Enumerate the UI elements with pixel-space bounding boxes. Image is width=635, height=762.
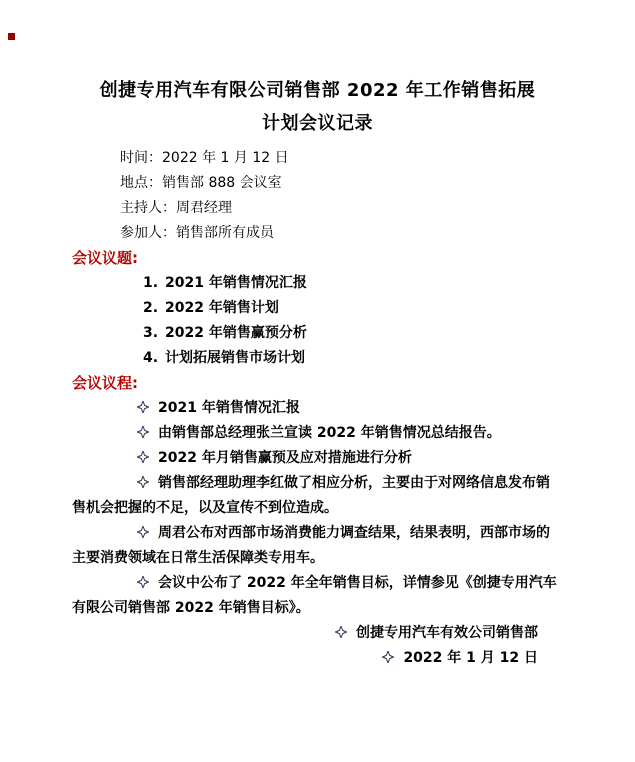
meeting-time: 时间：2022 年 1 月 12 日 bbox=[120, 146, 563, 171]
diamond-bullet-icon bbox=[382, 651, 394, 663]
agenda-item: 2021 年销售情况汇报 bbox=[72, 396, 563, 421]
signature-company: 创捷专用汽车有效公司销售部 bbox=[356, 625, 538, 641]
meeting-place: 地点：销售部 888 会议室 bbox=[120, 171, 563, 196]
title-line-2: 计划会议记录 bbox=[72, 107, 563, 140]
agenda-text: 由销售部总经理张兰宣读 2022 年销售情况总结报告。 bbox=[158, 425, 501, 441]
agenda-item: 销售部经理助理李红做了相应分析，主要由于对网络信息发布销售机会把握的不足，以及宣… bbox=[72, 471, 563, 521]
meeting-host: 主持人：周君经理 bbox=[120, 196, 563, 221]
meeting-attendees: 参加人：销售部所有成员 bbox=[120, 221, 563, 246]
diamond-bullet-icon bbox=[137, 526, 149, 538]
signature-date-line: 2022 年 1 月 12 日 bbox=[72, 646, 563, 671]
topic-text: 计划拓展销售市场计划 bbox=[165, 350, 305, 366]
agenda-text: 2021 年销售情况汇报 bbox=[158, 400, 300, 416]
topic-number: 3. bbox=[143, 321, 165, 346]
agenda-item: 2022 年月销售赢预及应对措施进行分析 bbox=[72, 446, 563, 471]
topic-number: 2. bbox=[143, 296, 165, 321]
topic-text: 2021 年销售情况汇报 bbox=[165, 275, 307, 291]
signature-date: 2022 年 1 月 12 日 bbox=[403, 650, 538, 666]
agenda-heading: 会议议程: bbox=[72, 371, 563, 396]
meeting-info: 时间：2022 年 1 月 12 日 地点：销售部 888 会议室 主持人：周君… bbox=[72, 146, 563, 246]
diamond-bullet-icon bbox=[137, 451, 149, 463]
agenda-item: 由销售部总经理张兰宣读 2022 年销售情况总结报告。 bbox=[72, 421, 563, 446]
topic-item: 2.2022 年销售计划 bbox=[72, 296, 563, 321]
topic-number: 1. bbox=[143, 271, 165, 296]
diamond-bullet-icon bbox=[137, 401, 149, 413]
agenda-item: 周君公布对西部市场消费能力调查结果，结果表明，西部市场的主要消费领域在日常生活保… bbox=[72, 521, 563, 571]
topic-number: 4. bbox=[143, 346, 165, 371]
document-page: 创捷专用汽车有限公司销售部 2022 年工作销售拓展 计划会议记录 时间：202… bbox=[0, 0, 635, 762]
diamond-bullet-icon bbox=[137, 426, 149, 438]
topic-item: 4.计划拓展销售市场计划 bbox=[72, 346, 563, 371]
diamond-bullet-icon bbox=[137, 576, 149, 588]
agenda-text: 2022 年月销售赢预及应对措施进行分析 bbox=[158, 450, 412, 466]
topic-text: 2022 年销售计划 bbox=[165, 300, 279, 316]
topic-item: 1.2021 年销售情况汇报 bbox=[72, 271, 563, 296]
diamond-bullet-icon bbox=[335, 626, 347, 638]
title-line-1: 创捷专用汽车有限公司销售部 2022 年工作销售拓展 bbox=[72, 74, 563, 107]
topic-text: 2022 年销售赢预分析 bbox=[165, 325, 307, 341]
topic-item: 3.2022 年销售赢预分析 bbox=[72, 321, 563, 346]
topics-heading: 会议议题: bbox=[72, 246, 563, 271]
red-square-marker bbox=[8, 33, 15, 40]
document-title: 创捷专用汽车有限公司销售部 2022 年工作销售拓展 计划会议记录 bbox=[72, 74, 563, 140]
signature-company-line: 创捷专用汽车有效公司销售部 bbox=[72, 621, 563, 646]
agenda-item: 会议中公布了 2022 年全年销售目标，详情参见《创捷专用汽车有限公司销售部 2… bbox=[72, 571, 563, 621]
diamond-bullet-icon bbox=[137, 476, 149, 488]
